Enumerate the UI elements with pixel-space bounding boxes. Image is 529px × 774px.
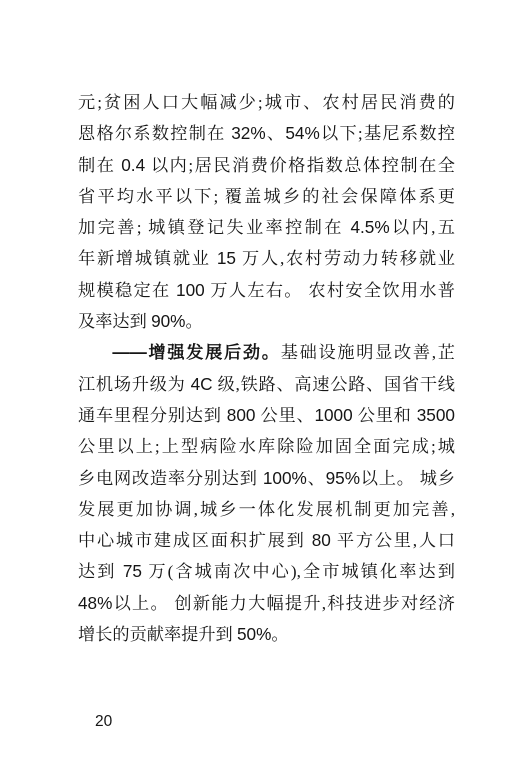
text-line: 发展更加协调,城乡一体化发展机制更加完善, — [78, 494, 455, 525]
text-line: 达到 75 万(含城南次中心),全市城镇化率达到 — [78, 556, 455, 587]
text-line: 增长的贡献率提升到 50%。 — [78, 619, 455, 650]
text-line: 通车里程分别达到 800 公里、1000 公里和 3500 — [78, 400, 455, 431]
text-line: 江机场升级为 4C 级,铁路、高速公路、国省干线 — [78, 369, 455, 400]
text-line: 48%以上。 创新能力大幅提升,科技进步对经济 — [78, 588, 455, 619]
text-line: 年新增城镇就业 15 万人,农村劳动力转移就业 — [78, 243, 455, 274]
text-line: 省平均水平以下; 覆盖城乡的社会保障体系更 — [78, 181, 455, 212]
text-line: 公里以上;上型病险水库除险加固全面完成;城 — [78, 431, 455, 462]
text-line: 恩格尔系数控制在 32%、54%以下;基尼系数控 — [78, 118, 455, 149]
text-line: 中心城市建成区面积扩展到 80 平方公里,人口 — [78, 525, 455, 556]
text-line: 乡电网改造率分别达到 100%、95%以上。 城乡 — [78, 463, 455, 494]
page-number: 20 — [95, 713, 112, 731]
text-line: 规模稳定在 100 万人左右。 农村安全饮用水普 — [78, 275, 455, 306]
text-line: 元;贫困人口大幅减少;城市、农村居民消费的 — [78, 87, 455, 118]
book-page: 元;贫困人口大幅减少;城市、农村居民消费的 恩格尔系数控制在 32%、54%以下… — [0, 0, 529, 774]
text-line: 及率达到 90%。 — [78, 306, 455, 337]
text-line: ——增强发展后劲。基础设施明显改善,芷 — [78, 337, 455, 368]
paragraph-lead-bold: ——增强发展后劲。 — [112, 342, 280, 362]
body-text: 元;贫困人口大幅减少;城市、农村居民消费的 恩格尔系数控制在 32%、54%以下… — [78, 87, 455, 650]
paragraph-lead-text: 基础设施明显改善,芷 — [281, 343, 455, 362]
text-line: 制在 0.4 以内;居民消费价格指数总体控制在全 — [78, 150, 455, 181]
text-line: 加完善; 城镇登记失业率控制在 4.5%以内,五 — [78, 212, 455, 243]
